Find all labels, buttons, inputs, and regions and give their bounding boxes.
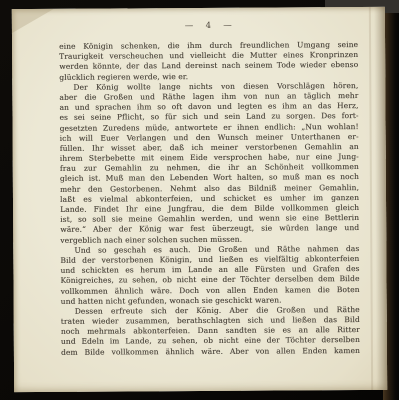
page-text: eine Königin schenken, die ihm durch fre… bbox=[59, 40, 360, 358]
text-line: wäre.“ Aber der König war fest überzeugt… bbox=[60, 223, 359, 235]
scan-backdrop: — 4 — eine Königin schenken, die ihm dur… bbox=[0, 0, 399, 400]
text-line: werden könnte, der das Land dereinst nac… bbox=[59, 60, 358, 72]
page-crease bbox=[369, 7, 373, 390]
text-line: dem Bilde vollkommen ähnlich wäre. Aber … bbox=[61, 346, 360, 358]
page-right-shadow bbox=[374, 7, 387, 390]
book-page: — 4 — eine Königin schenken, die ihm dur… bbox=[12, 7, 387, 392]
page-number: — 4 — bbox=[59, 20, 358, 32]
page-corner-fold bbox=[12, 9, 54, 33]
text-line: vollkommen ähnlich wäre. Doch von allen … bbox=[61, 285, 360, 297]
